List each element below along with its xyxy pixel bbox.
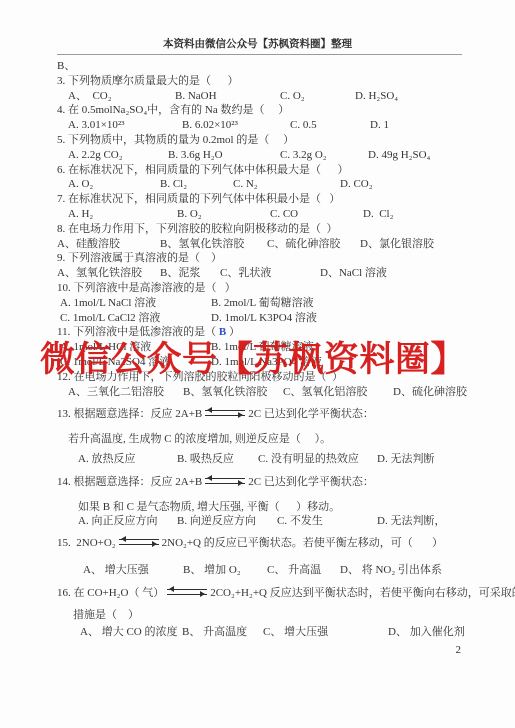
option-a: A. 2.2g CO₂	[68, 148, 168, 163]
option-a: A. 1mol/L HCl 溶液	[60, 340, 211, 355]
option-d: D. 无法判断，	[377, 514, 445, 529]
question-16-text-continued: 措施是（ ）	[57, 608, 475, 623]
option-d: D. 49g H₂SO₄	[368, 148, 430, 163]
page-number: 2	[57, 643, 475, 658]
question-14-text: 14. 根据题意选择：反应 2A+B2C 已达到化学平衡状态：	[57, 475, 475, 490]
option-c: C、 增大压强	[263, 625, 388, 640]
option-b: B. Cl₂	[160, 177, 233, 192]
option-d: D. 无法判断	[377, 452, 434, 467]
question-15-options: A、 增大压强 B、 增加 O₂ C、 升高温 D、 将 NO₂ 引出体系	[57, 563, 475, 578]
option-b: B. 3.6g H₂O	[168, 148, 280, 163]
question-15-text: 15. 2NO+O₂2NO₂+Q 的反应已平衡状态。若使平衡左移动，可（ ）	[57, 536, 475, 551]
option-c: C. CO	[270, 207, 363, 222]
question-3-text: 3. 下列物质摩尔质量最大的是（ ）	[57, 74, 475, 89]
option-b: B、氢氧化铁溶胶	[183, 385, 283, 400]
question-13-options: A. 放热反应 B. 吸热反应 C. 没有明显的热效应 D. 无法判断	[57, 452, 475, 467]
question-11-options-row2: C. 1mol/L Na2SO4 溶液 D. 1mol/L Na3PO4 溶液	[57, 355, 475, 370]
option-a: A、氢氧化铁溶胶	[57, 266, 160, 281]
option-a: A. 1mol/L NaCl 溶液	[60, 296, 211, 311]
question-13-text-before: 13. 根据题意选择：反应 2A+B	[57, 408, 202, 420]
question-16-text: 16. 在 CO+H₂O（ 气）2CO₂+H₂+Q 反应达到平衡状态时，若使平衡…	[57, 586, 475, 601]
page-header-title: 本资料由微信公众号【苏枫资料圈】整理	[0, 0, 515, 51]
question-16-options: A、 增大 CO 的浓度 B、 升高温度 C、 增大压强 D、 加入催化剂	[57, 625, 475, 640]
question-8-options: A、硅酸溶胶 B、氢氧化铁溶胶 C、硫化砷溶胶 D、氯化银溶胶	[57, 237, 475, 252]
question-10-text: 10. 下列溶液中是高渗溶液的是（ ）	[57, 281, 475, 296]
option-b: B. 1mol/L 葡萄糖溶液	[211, 340, 314, 355]
option-d: D、NaCl 溶液	[320, 266, 387, 281]
option-d: D. 1	[370, 118, 389, 133]
question-14-options: A. 向正反应方向 B. 向逆反应方向 C. 不发生 D. 无法判断，	[57, 514, 475, 529]
option-c: C. 0.5	[290, 118, 370, 133]
option-d: D. 1mol/L K3PO4 溶液	[211, 311, 317, 326]
question-4-options: A. 3.01×10²³ B. 6.02×10²³ C. 0.5 D. 1	[57, 118, 475, 133]
question-10-options-row1: A. 1mol/L NaCl 溶液 B. 2mol/L 葡萄糖溶液	[57, 296, 475, 311]
option-b: B、 增加 O₂	[183, 563, 267, 578]
option-d: D、 将 NO₂ 引出体系	[340, 563, 442, 578]
question-15-text-after: 2NO₂+Q 的反应已平衡状态。若使平衡左移动，可（ ）	[162, 537, 443, 549]
question-14-text-before: 14. 根据题意选择：反应 2A+B	[57, 476, 202, 488]
option-a: A、 CO₂	[68, 89, 175, 104]
question-4-text: 4. 在 0.5molNa₂SO₄中，含有的 Na 数约是（ ）	[57, 103, 475, 118]
option-a: A. H₂	[68, 207, 177, 222]
option-d: D. CO₂	[340, 177, 373, 192]
question-12-text: 12. 在电场力作用下，下列溶胶的胶粒向阳极移动的是（ ）	[57, 370, 475, 385]
option-a: A、 增大 CO 的浓度	[80, 625, 182, 640]
question-7-text: 7. 在标准状况下，相同质量的下列气体中体积最小是（ ）	[57, 192, 475, 207]
question-7-options: A. H₂ B. O₂ C. CO D. Cl₂	[57, 207, 475, 222]
question-11-text-after: ）	[226, 326, 240, 338]
question-13-text: 13. 根据题意选择：反应 2A+B2C 已达到化学平衡状态：	[57, 407, 475, 422]
option-a: A、 增大压强	[83, 563, 183, 578]
option-c: C. N₂	[233, 177, 340, 192]
option-b: B. 6.02×10²³	[182, 118, 290, 133]
option-c: C. 3.2g O₂	[280, 148, 368, 163]
option-d: D. Cl₂	[363, 207, 393, 222]
option-a: A. 放热反应	[78, 452, 177, 467]
option-c: C. 1mol/L Na2SO4 溶液	[60, 355, 211, 370]
stray-line: B、	[57, 59, 475, 74]
option-b: B、 升高温度	[182, 625, 263, 640]
question-5-text: 5. 下列物质中，其物质的量为 0.2mol 的是（ ）	[57, 133, 475, 148]
question-11-options-row1: A. 1mol/L HCl 溶液 B. 1mol/L 葡萄糖溶液	[57, 340, 475, 355]
option-a: A. 3.01×10²³	[68, 118, 182, 133]
option-a: A、硅酸溶胶	[57, 237, 160, 252]
option-a: A. O₂	[68, 177, 160, 192]
question-15-text-before: 15. 2NO+O₂	[57, 537, 116, 549]
option-d: D. 1mol/L Na3PO4 溶液	[211, 355, 322, 370]
option-b: B. O₂	[177, 207, 270, 222]
option-a: A. 向正反应方向	[78, 514, 177, 529]
option-c: C. 没有明显的热效应	[258, 452, 377, 467]
option-b: B、氢氧化铁溶胶	[160, 237, 267, 252]
option-c: C. 不发生	[277, 514, 377, 529]
question-16-text-before: 16. 在 CO+H₂O（ 气）	[57, 587, 164, 599]
question-13-text-after: 2C 已达到化学平衡状态：	[248, 408, 374, 420]
document-page: 本资料由微信公众号【苏枫资料圈】整理 B、 3. 下列物质摩尔质量最大的是（ ）…	[0, 0, 515, 728]
option-c: C、硫化砷溶胶	[267, 237, 360, 252]
option-b: B. 吸热反应	[177, 452, 258, 467]
question-13-subtext: 若升高温度, 生成物 C 的浓度增加, 则逆反应是（ ）。	[57, 432, 475, 447]
equilibrium-arrow-icon	[204, 408, 246, 418]
question-8-text: 8. 在电场力作用下，下列溶胶的胶粒向阴极移动的是（ ）	[57, 222, 475, 237]
equilibrium-arrow-icon	[166, 587, 208, 597]
option-c: C. 1mol/L CaCl2 溶液	[60, 311, 211, 326]
option-d: D. H₂SO₄	[355, 89, 398, 104]
option-b: B. 向逆反应方向	[177, 514, 277, 529]
question-6-options: A. O₂ B. Cl₂ C. N₂ D. CO₂	[57, 177, 475, 192]
question-6-text: 6. 在标准状况下，相同质量的下列气体中体积最大是（ ）	[57, 163, 475, 178]
question-11-text: 11. 下列溶液中是低渗溶液的是（ B ）	[57, 325, 475, 340]
option-c: C. O₂	[280, 89, 355, 104]
option-b: B. 2mol/L 葡萄糖溶液	[211, 296, 314, 311]
question-14-text-after: 2C 已达到化学平衡状态：	[248, 476, 374, 488]
question-16-text-after: 2CO₂+H₂+Q 反应达到平衡状态时，若使平衡向右移动，可采取的	[210, 587, 515, 599]
question-3-options: A、 CO₂ B. NaOH C. O₂ D. H₂SO₄	[57, 89, 475, 104]
question-12-options: A、三氧化二铝溶胶 B、氢氧化铁溶胶 C、氢氧化铝溶胶 D、硫化砷溶胶	[57, 385, 475, 400]
question-5-options: A. 2.2g CO₂ B. 3.6g H₂O C. 3.2g O₂ D. 49…	[57, 148, 475, 163]
option-d: D、 加入催化剂	[388, 625, 465, 640]
option-a: A、三氧化二铝溶胶	[68, 385, 183, 400]
option-b: B、泥浆	[160, 266, 220, 281]
question-14-subtext: 如果 B 和 C 是气态物质, 增大压强, 平衡（ ）移动。	[57, 500, 475, 515]
question-10-options-row2: C. 1mol/L CaCl2 溶液 D. 1mol/L K3PO4 溶液	[57, 311, 475, 326]
equilibrium-arrow-icon	[204, 476, 246, 486]
option-c: C、氢氧化铝溶胶	[283, 385, 393, 400]
option-d: D、氯化银溶胶	[360, 237, 434, 252]
question-9-text: 9. 下列溶液属于真溶液的是（ ）	[57, 251, 475, 266]
option-d: D、硫化砷溶胶	[393, 385, 467, 400]
option-c: C、 升高温	[267, 563, 340, 578]
question-11-text-before: 11. 下列溶液中是低渗溶液的是（	[57, 326, 219, 338]
equilibrium-arrow-icon	[118, 537, 160, 547]
option-c: C、乳状液	[220, 266, 320, 281]
question-9-options: A、氢氧化铁溶胶 B、泥浆 C、乳状液 D、NaCl 溶液	[57, 266, 475, 281]
option-b: B. NaOH	[175, 89, 280, 104]
document-body: B、 3. 下列物质摩尔质量最大的是（ ） A、 CO₂ B. NaOH C. …	[0, 55, 515, 658]
